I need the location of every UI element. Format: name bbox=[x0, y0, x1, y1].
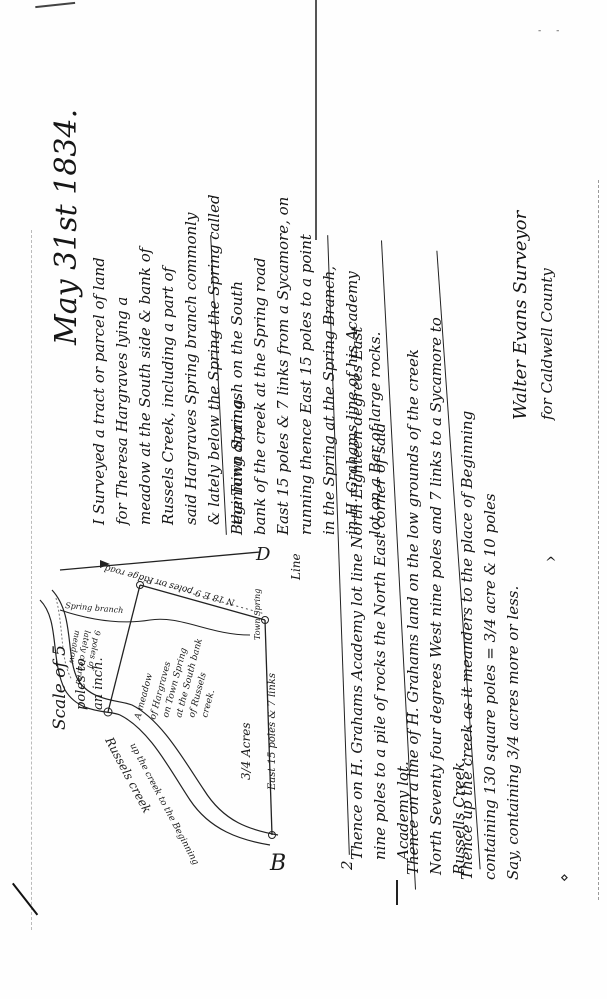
corner-marker-d: D bbox=[255, 544, 271, 565]
signature-line: for Caldwell County bbox=[540, 211, 563, 420]
surveyor-signature: Walter Evans Surveyor for Caldwell Count… bbox=[512, 211, 563, 420]
scale-note: Scale of 5 bbox=[50, 645, 70, 730]
ridge-road-label: N 18 E 9 poles on Ridge road bbox=[103, 562, 236, 607]
corner-marks: - - bbox=[538, 26, 565, 36]
beginning-marker: B bbox=[269, 851, 286, 876]
scanned-document-page: - - ⋄ May 31st 1834. I Surveyed a tract … bbox=[0, 0, 607, 999]
town-spring-label: Town Spring bbox=[253, 589, 262, 640]
page-edge-right bbox=[598, 180, 600, 900]
line1-text: Beginning at an ash on the South bbox=[230, 197, 253, 535]
line3-text: Thence on a line of H. Grahams land on t… bbox=[406, 317, 429, 875]
line2-text: nine poles to a pile of rocks the North … bbox=[373, 327, 396, 860]
east-line-label: East 15 poles & 7 links bbox=[267, 673, 278, 791]
line-number: 2 bbox=[340, 860, 363, 870]
line4-text: Say, containing 3/4 acres more or less. bbox=[506, 411, 529, 880]
ink-mark: ^ bbox=[545, 555, 557, 571]
line1-text: running thence East 15 poles to a point bbox=[299, 197, 322, 535]
line1-text: in the Spring at the Spring Branch, bbox=[322, 197, 345, 535]
intro-line: said Hargraves Spring branch commonly bbox=[184, 194, 207, 525]
intro-line: Russels Creek, including a part of bbox=[161, 194, 184, 525]
date-line: May 31st 1834. bbox=[52, 109, 82, 345]
intro-line: I Surveyed a tract or parcel of land bbox=[92, 194, 115, 525]
corner-ink-mark: ⋄ bbox=[560, 870, 569, 886]
line4-text: containing 130 square poles = 3/4 acre &… bbox=[483, 411, 506, 880]
date-text: May 31st 1834. bbox=[49, 109, 84, 345]
survey-line-2-number: 2 bbox=[340, 860, 363, 870]
ink-mark bbox=[396, 880, 398, 905]
intro-line: meadow at the South side & bank of bbox=[138, 194, 161, 525]
line2-text: Thence on H. Grahams Academy lot line No… bbox=[350, 327, 373, 860]
intro-line: for Theresa Hargraves lying a bbox=[115, 194, 138, 525]
line3-text: North Seventy four degrees West nine pol… bbox=[429, 317, 452, 875]
area-label: 3/4 Acres bbox=[239, 722, 253, 780]
line1-text: East 15 poles & 7 links from a Sycamore,… bbox=[276, 197, 299, 535]
spring-branch-label: Spring branch bbox=[65, 601, 124, 615]
line4-text: Thence up the creek as it meanders to th… bbox=[460, 411, 483, 880]
signature-line: Walter Evans Surveyor bbox=[512, 211, 540, 420]
line1-text: bank of the creek at the Spring road bbox=[253, 197, 276, 535]
survey-sketch-map: D B Scale of 5 poles to an inch. Russels… bbox=[20, 540, 320, 900]
survey-line-4: Thence up the creek as it meanders to th… bbox=[460, 411, 529, 880]
ink-scribble bbox=[35, 0, 75, 8]
